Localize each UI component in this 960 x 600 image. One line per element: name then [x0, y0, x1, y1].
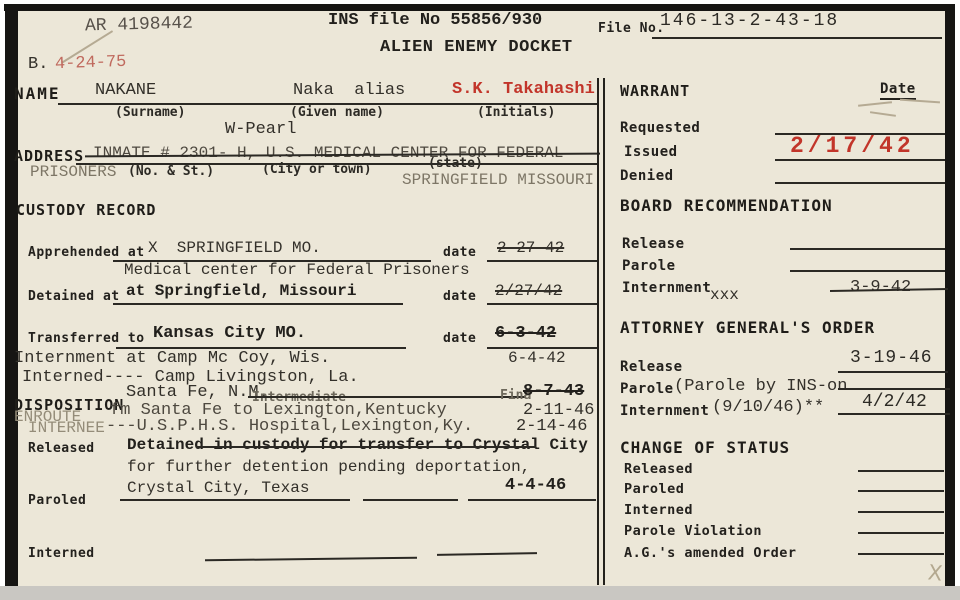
detained-underline: [113, 303, 403, 305]
ag-release-label: Release: [620, 360, 683, 375]
warrant-denied-label: Denied: [620, 169, 674, 184]
pencil-x-mark: X: [927, 561, 944, 584]
ag-internment-label: Internment: [620, 404, 709, 419]
santa-fe-line: Santa Fe, N.M.: [126, 384, 269, 402]
no-st-caption: (No. & St.): [128, 165, 214, 179]
warrant-date-header: Date: [880, 82, 916, 100]
transferred-date: 6-3-42: [495, 325, 556, 343]
board-heading: BOARD RECOMMENDATION: [620, 198, 833, 215]
warrant-line-3: [775, 182, 945, 184]
warrant-issued-label: Issued: [624, 145, 678, 160]
crystal-date: 4-4-46: [505, 477, 566, 495]
ag-internment-date: 4/2/42: [862, 393, 927, 412]
ar-number: AR 4198442: [85, 15, 193, 37]
internee-date: 2-14-46: [516, 418, 587, 436]
detained-date-label: date: [443, 290, 476, 304]
city-caption: (City or town): [262, 163, 372, 177]
transferred-date-label: date: [443, 332, 476, 346]
ag-release-date: 3-19-46: [850, 349, 933, 368]
given-name-caption: (Given name): [290, 106, 384, 120]
custody-heading: CUSTODY RECORD: [16, 203, 156, 219]
status-interned-label: Interned: [624, 503, 693, 517]
crystal-blank-underline: [363, 499, 458, 501]
released-label: Released: [28, 442, 95, 456]
status-ag-amended-line: [858, 553, 944, 555]
address-line2-right: SPRINGFIELD MISSOURI: [402, 172, 594, 189]
crystal-line: Crystal City, Texas: [127, 480, 309, 497]
ag-internment-note: (9/10/46)**: [712, 399, 824, 417]
surname-value: NAKANE: [95, 82, 156, 100]
warrant-heading: WARRANT: [620, 84, 690, 100]
detained-date-underline: [487, 303, 597, 305]
interned-label: Interned: [28, 547, 95, 561]
status-ag-amended-label: A.G.'s amended Order: [624, 546, 797, 560]
apprehended-value: X SPRINGFIELD MO.: [148, 240, 321, 257]
status-paroled-label: Paroled: [624, 482, 684, 496]
scan-edge-bottom: [0, 586, 960, 600]
status-paroled-line: [858, 490, 944, 492]
status-released-line: [858, 470, 944, 472]
board-release-label: Release: [622, 237, 685, 252]
apprehended-date-underline: [487, 260, 597, 262]
intermediate-strike: [248, 396, 526, 398]
status-interned-line: [858, 511, 944, 513]
detained-label: Detained at: [28, 290, 120, 304]
ag-internment-underline: [838, 413, 950, 415]
b-date: 4-24-75: [55, 54, 127, 74]
scan-edge-top: [4, 4, 954, 11]
initials-value: S.K. Takahashi: [452, 81, 595, 99]
scan-edge-right: [945, 4, 955, 586]
internment-line: Internment at Camp Mc Coy, Wis.: [14, 350, 330, 368]
name-note: W-Pearl: [225, 121, 296, 139]
column-divider-2: [603, 78, 605, 585]
file-no-label: File No.: [598, 22, 665, 36]
transferred-value: Kansas City MO.: [153, 325, 306, 343]
column-divider: [597, 78, 599, 585]
ins-file-number: INS file No 55856/930: [328, 12, 542, 30]
surname-caption: (Surname): [115, 106, 185, 120]
status-parole-violation-line: [858, 532, 944, 534]
internee-stamp: INTERNEE: [28, 420, 105, 437]
santa-fe-date: 8-7-43: [523, 383, 584, 401]
crystal-underline: [120, 499, 350, 501]
warrant-requested-label: Requested: [620, 121, 700, 136]
apprehended-date-label: date: [443, 246, 476, 260]
status-heading: CHANGE OF STATUS: [620, 440, 790, 457]
given-name-value: Naka alias: [293, 82, 405, 100]
b-prefix: B.: [28, 56, 48, 74]
name-label: NAME: [14, 86, 61, 103]
medical-center-line: Medical center for Federal Prisoners: [124, 262, 470, 279]
ag-parole-note: (Parole by INS-on: [674, 378, 847, 396]
status-parole-violation-label: Parole Violation: [624, 524, 762, 538]
board-release-line: [790, 248, 945, 250]
further-line: for further detention pending deportatio…: [127, 459, 530, 476]
status-released-label: Released: [624, 462, 693, 476]
address-line2-left: PRISONERS: [30, 164, 116, 181]
detained-transfer-strike: [196, 446, 536, 448]
file-no-value: 146-13-2-43-18: [660, 12, 839, 31]
detained-date: 2/27/42: [495, 283, 562, 300]
board-parole-line: [790, 270, 945, 272]
docket-title: ALIEN ENEMY DOCKET: [380, 39, 573, 57]
crystal-date-underline: [468, 499, 596, 501]
warrant-line-2: [775, 159, 945, 161]
internment-date: 6-4-42: [508, 350, 566, 367]
ag-parole-line: [838, 388, 950, 390]
apprehended-date: 2-27-42: [497, 240, 564, 257]
apprehended-label: Apprehended at: [28, 246, 145, 260]
transferred-label: Transferred to: [28, 332, 145, 346]
detained-value: at Springfield, Missouri: [126, 283, 356, 300]
ag-release-underline: [838, 371, 948, 373]
board-internment-mark: xxx: [710, 287, 739, 304]
internee-line: ---U.S.P.H.S. Hospital,Lexington,Ky.: [106, 418, 473, 436]
state-caption: (state): [428, 157, 483, 171]
paroled-label: Paroled: [28, 494, 86, 508]
warrant-issued-date: 2/17/42: [790, 134, 915, 158]
board-parole-label: Parole: [622, 259, 676, 274]
file-no-underline: [652, 37, 942, 39]
initials-caption: (Initials): [477, 106, 555, 120]
ag-heading: ATTORNEY GENERAL'S ORDER: [620, 320, 875, 337]
ag-parole-label: Parole: [620, 382, 674, 397]
board-internment-label: Internment: [622, 281, 711, 296]
